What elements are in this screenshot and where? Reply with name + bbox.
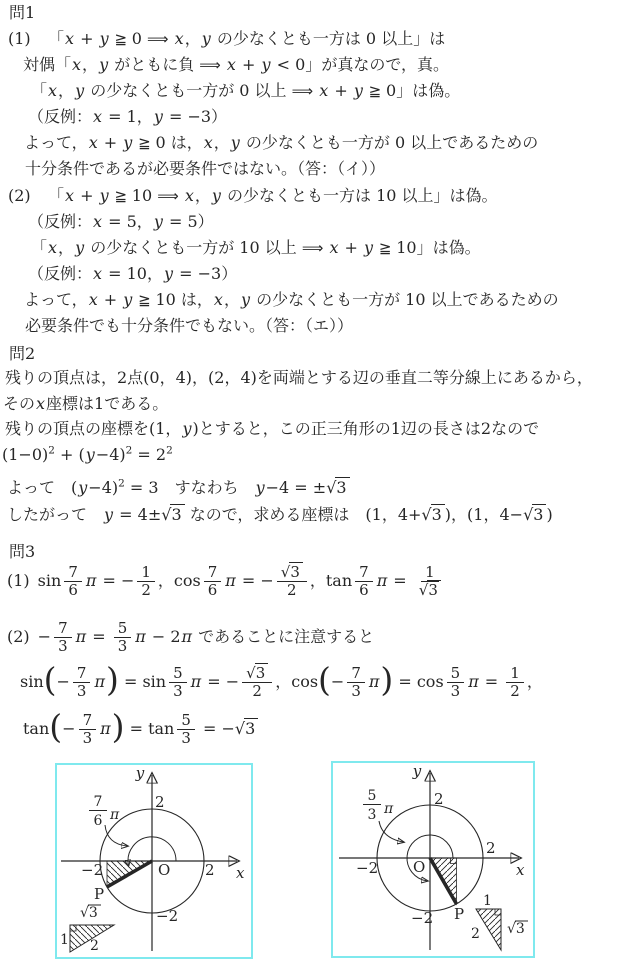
math-token: sin — [20, 672, 44, 691]
tick-label-bottom: −2 — [156, 907, 178, 925]
math-token: ⟹ — [302, 239, 324, 257]
q1-conclusion-2b: 必要条件でも十分条件でもない。（答：（エ）） — [25, 316, 353, 337]
q1-heading: 問1 — [9, 3, 35, 24]
math-token: よって， — [24, 290, 88, 309]
math-token: ， — [527, 672, 543, 691]
math-token: 6 — [64, 582, 82, 599]
math-token: √ — [421, 505, 430, 524]
math-token: x — [318, 81, 329, 100]
math-token: y — [77, 478, 88, 497]
math-token: 2 — [252, 682, 262, 700]
math-token: 0 — [132, 29, 147, 48]
math-token: x — [213, 290, 224, 309]
math-token: + — [339, 238, 363, 257]
math-token: x — [88, 133, 99, 152]
math-token: 3 — [54, 638, 72, 655]
math-token: 十分条件であるが必要条件ではない。（答：（イ）） — [25, 159, 385, 178]
math-token: 10」は偽。 — [396, 238, 480, 257]
math-token: π — [181, 627, 194, 646]
math-token: ， — [224, 290, 240, 309]
math-token: ≧ — [374, 239, 396, 257]
math-token: 「 — [31, 238, 47, 257]
math-token: 3 — [177, 730, 195, 747]
math-token: 3 — [451, 682, 461, 700]
math-token: 76 — [355, 564, 373, 599]
math-token: sin — [38, 571, 62, 590]
math-token: x — [47, 81, 58, 100]
math-token: y — [74, 81, 85, 100]
math-token: x — [92, 264, 103, 283]
math-token: √3 — [277, 564, 307, 582]
math-token: y — [261, 55, 272, 74]
math-token: ) — [112, 707, 125, 746]
math-token: その — [3, 394, 35, 413]
math-token: y — [99, 29, 110, 48]
math-token: 7 — [73, 665, 91, 683]
math-token: = — [480, 672, 504, 691]
y-axis-label: y — [412, 763, 422, 780]
math-token: 2 — [137, 582, 155, 599]
math-token: − 2 — [147, 627, 181, 646]
math-token: ， — [214, 133, 230, 152]
math-token: 3 — [428, 581, 438, 599]
math-token: π — [93, 672, 106, 691]
angle-fraction-denominator: 3 — [368, 807, 377, 823]
math-token: 3 — [255, 663, 269, 682]
math-token: 7 — [208, 563, 218, 581]
q2-answer: したがって y = 4±√3 なので，求める座標は (1，4+√3)，(1，4−… — [7, 505, 553, 526]
math-solution-document: 問1 (1)「x + y ≧ 0 ⟹ x，y の少なくとも一方は 0 以上」は … — [0, 0, 624, 980]
math-token: √32 — [242, 665, 272, 700]
math-token: 3 — [58, 637, 68, 655]
angle-label-leader — [379, 821, 403, 842]
tick-label-right: 2 — [205, 861, 215, 879]
math-token: ，tan — [310, 571, 352, 590]
tick-label-top: 2 — [155, 793, 165, 811]
math-token: = — [388, 571, 412, 590]
math-token: 残りの頂点は，2点(0，4)，(2，4)を両端とする辺の垂直二等分線上にあるから… — [5, 368, 593, 387]
math-token: y — [240, 290, 251, 309]
math-token: 3 — [336, 478, 346, 497]
math-token: −4) — [88, 478, 118, 497]
math-token: y — [85, 445, 96, 464]
math-token: 問3 — [9, 542, 35, 561]
tri-side-sqrt3-label: √3 — [507, 921, 525, 937]
math-token: = 5， — [103, 212, 153, 231]
math-token: (1) — [7, 572, 30, 590]
math-token: 3 — [532, 504, 546, 524]
math-token: ≧ — [133, 134, 155, 152]
math-token: y — [122, 290, 133, 309]
math-token: √3 — [161, 505, 184, 526]
math-token: 2 — [48, 445, 55, 457]
math-token: ， — [195, 186, 211, 205]
math-token: + — [99, 133, 123, 152]
math-token: π — [467, 672, 480, 691]
math-token: = − — [198, 719, 235, 738]
math-token: = − — [202, 672, 239, 691]
math-token: y — [153, 107, 164, 126]
math-token: 7 — [58, 619, 68, 637]
math-token: + — [75, 29, 99, 48]
math-token: ⟹ — [292, 82, 314, 100]
math-token: y — [98, 55, 109, 74]
math-token: （反例： — [28, 107, 92, 126]
math-token: ，cos — [158, 571, 201, 590]
math-token: = −3） — [164, 107, 227, 126]
math-token: x — [64, 29, 75, 48]
x-axis-label: x — [516, 861, 525, 879]
math-token: 7 — [359, 563, 369, 581]
math-token: 座標は1である。 — [46, 394, 168, 413]
math-token: ≧ — [110, 30, 132, 48]
math-token: y — [163, 264, 174, 283]
math-token: ) — [380, 660, 393, 699]
math-token: = 1， — [103, 107, 153, 126]
math-token: y — [211, 186, 222, 205]
math-token: 7 — [347, 665, 365, 683]
math-token: 3 — [432, 505, 442, 524]
q2-heading: 問2 — [9, 344, 35, 365]
math-token: = tan — [125, 719, 175, 738]
unit-circle-figure-7-6-pi: y x 2 −2 2 −2 O P 7 6 π √3 1 2 — [55, 763, 253, 959]
math-token: ⟹ — [199, 56, 221, 74]
math-token: y — [353, 81, 364, 100]
math-token: y — [103, 505, 114, 524]
math-token: √ — [246, 664, 255, 682]
math-token: 6 — [359, 581, 369, 599]
math-token: 1√3 — [415, 564, 445, 599]
q1-counterexample-1: （反例：x = 1，y = −3） — [28, 107, 227, 128]
math-token: 必要条件でも十分条件でもない。（答：（エ）） — [25, 316, 353, 335]
math-token: 3 — [245, 719, 255, 738]
math-token: + — [75, 186, 99, 205]
math-token: = 10， — [103, 264, 163, 283]
math-token: y — [181, 419, 192, 438]
math-token: √ — [235, 719, 244, 738]
math-token: − — [38, 627, 51, 646]
math-token: = − — [237, 571, 274, 590]
math-token: √3 — [235, 720, 258, 738]
math-token: ≧ — [133, 291, 155, 309]
math-token: − — [62, 719, 75, 738]
math-token: 3 — [533, 505, 543, 524]
math-token: 5 — [451, 664, 461, 682]
q1-converse: 「x，y の少なくとも一方が 0 以上 ⟹ x + y ≧ 0」は偽。 — [31, 81, 460, 102]
math-token: 12 — [137, 564, 155, 599]
math-token: 3 — [173, 682, 183, 700]
math-token: 5 — [169, 665, 187, 683]
math-token: 5 — [181, 711, 191, 729]
q3-heading: 問3 — [9, 542, 35, 563]
math-token: 5 — [118, 619, 128, 637]
math-token: 対偶「 — [23, 55, 71, 74]
math-token: （反例： — [28, 212, 92, 231]
math-token: がともに負 — [109, 55, 199, 74]
tri-hypotenuse-label: 2 — [471, 926, 480, 942]
math-token: ， — [58, 238, 74, 257]
math-token: )とすると，この正三角形の1辺の長さは2なので — [192, 419, 539, 438]
math-token: 3 — [118, 637, 128, 655]
tri-side-1-label: 1 — [60, 932, 69, 948]
math-token: 7 — [79, 712, 97, 730]
math-token: 2 — [166, 445, 173, 457]
tick-label-top: 2 — [434, 790, 444, 808]
angle-fraction-numerator: 7 — [94, 794, 103, 810]
origin-label: O — [413, 858, 425, 876]
math-token: 「 — [48, 29, 64, 48]
math-token: 1 — [137, 564, 155, 582]
math-token: π — [368, 672, 381, 691]
math-token: 6 — [208, 581, 218, 599]
angle-fraction-numerator: 5 — [368, 788, 377, 804]
angle-label-leader — [105, 825, 127, 846]
math-token: = −3） — [174, 264, 237, 283]
math-token: π — [376, 571, 389, 590]
math-token: x — [88, 290, 99, 309]
math-token: 3 — [447, 683, 465, 700]
math-token: (2) — [7, 628, 30, 646]
math-token: 76 — [64, 564, 82, 599]
math-token: 3 — [351, 682, 361, 700]
math-token: の少なくとも一方は 0 以上」は — [212, 29, 445, 48]
q2-equation: (1−0)2 + (y−4)2 = 22 — [2, 445, 173, 466]
math-token: 3 — [290, 563, 300, 581]
math-token: 残りの頂点の座標を(1， — [5, 419, 181, 438]
math-token: 2 — [118, 478, 125, 490]
math-token: y — [122, 133, 133, 152]
math-token: 3 — [171, 505, 181, 524]
math-token: 73 — [79, 712, 97, 747]
tri-hypotenuse-label: 2 — [90, 938, 99, 953]
q1-converse-2: 「x，y の少なくとも一方が 10 以上 ⟹ x + y ≧ 10」は偽。 — [31, 238, 481, 259]
math-token: 3 — [114, 638, 132, 655]
y-axis-label: y — [135, 765, 145, 782]
math-token: < 0」が真なので，真。 — [272, 55, 449, 74]
math-token: 1 — [141, 563, 151, 581]
math-token: x — [64, 186, 75, 205]
math-token: 10 — [132, 186, 157, 205]
left-unit-circle-svg: y x 2 −2 2 −2 O P 7 6 π √3 1 2 — [57, 765, 247, 953]
math-token: 3 — [181, 729, 191, 747]
math-token: 2 — [248, 683, 266, 700]
math-token: の少なくとも一方が 0 以上であるための — [241, 133, 538, 152]
math-token: + — [237, 55, 261, 74]
right-unit-circle-svg: y x 2 −2 2 −2 O P 5 3 π 1 2 √3 — [333, 763, 529, 952]
math-token: 76 — [204, 564, 222, 599]
math-token: ≧ — [364, 82, 386, 100]
math-token: √3 — [523, 505, 546, 526]
math-token: x — [184, 186, 195, 205]
q1-conclusion-1a: よって，x + y ≧ 0 は，x，y の少なくとも一方が 0 以上であるための — [24, 133, 538, 154]
math-token: の少なくとも一方が 10 以上 — [85, 238, 302, 257]
math-token: √3 — [419, 582, 441, 599]
math-token: であることに注意すると — [193, 627, 374, 646]
tick-label-bottom: −2 — [411, 909, 433, 927]
math-token: 5 — [177, 712, 195, 730]
math-token: 12 — [506, 665, 524, 700]
math-token: の少なくとも一方が 10 以上であるための — [251, 290, 559, 309]
math-token: 5 — [173, 664, 183, 682]
angle-pi-label: π — [109, 807, 120, 823]
math-token: π — [99, 719, 112, 738]
math-token: ( — [49, 707, 62, 746]
math-token: ⟹ — [157, 187, 179, 205]
math-token: 2 — [141, 581, 151, 599]
math-token: 2 — [283, 582, 301, 599]
math-token — [169, 29, 174, 48]
math-token: 3 — [335, 477, 349, 497]
math-token: √32 — [277, 564, 307, 599]
math-token: 7 — [68, 563, 78, 581]
math-token: 53 — [447, 665, 465, 700]
math-token: ， — [58, 81, 74, 100]
angle-fraction-denominator: 6 — [94, 813, 103, 829]
math-token: ，cos — [275, 672, 318, 691]
math-token: x — [92, 212, 103, 231]
math-token: 問2 — [9, 344, 35, 363]
math-token: 3 — [431, 504, 445, 524]
math-token: ) — [106, 660, 119, 699]
math-token: 1 — [506, 665, 524, 683]
q2-reasoning-2: そのx座標は1である。 — [3, 394, 168, 415]
math-token: π — [134, 627, 147, 646]
math-token: 73 — [54, 620, 72, 655]
q3-item2-note: (2)−73π = 53π − 2π であることに注意すると — [7, 620, 374, 655]
math-token: = 3 すなわち — [125, 478, 255, 497]
math-token: 「 — [31, 81, 47, 100]
math-token: の少なくとも一方が 0 以上 — [85, 81, 292, 100]
tri-side-1-label: 1 — [483, 893, 492, 909]
tick-label-right: 2 — [486, 839, 496, 857]
math-token: 53 — [114, 620, 132, 655]
math-token: = − — [97, 571, 134, 590]
math-token: x — [47, 238, 58, 257]
math-token: の少なくとも一方は 10 以上」は偽。 — [222, 186, 498, 205]
math-token: 6 — [355, 582, 373, 599]
math-token: 3 — [347, 683, 365, 700]
math-token: = — [87, 627, 111, 646]
math-token: (1−0) — [2, 445, 48, 464]
math-token: )，(1，4− — [445, 505, 523, 524]
unit-circle-figure-5-3-pi: y x 2 −2 2 −2 O P 5 3 π 1 2 √3 — [331, 761, 535, 958]
math-token: = cos — [393, 672, 443, 691]
math-token: したがって — [7, 505, 103, 524]
q1-item2-statement: (2)「x + y ≧ 10 ⟹ x，y の少なくとも一方は 10 以上」は偽。 — [8, 186, 498, 207]
math-token: 7 — [351, 664, 361, 682]
math-token: ≧ — [110, 187, 132, 205]
math-token: √3 — [326, 478, 349, 499]
math-token: = 5） — [164, 212, 214, 231]
math-token: √3 — [415, 582, 445, 599]
math-token: √3 — [242, 665, 272, 683]
math-token: π — [85, 571, 98, 590]
math-token: 「 — [48, 186, 64, 205]
math-token: ) — [546, 505, 552, 524]
math-token: x — [174, 29, 185, 48]
point-p-label: P — [454, 905, 464, 923]
math-token: 3 — [427, 580, 441, 599]
math-token: tan — [23, 719, 49, 738]
angle-pi-label: π — [383, 801, 394, 817]
math-token: = 4± — [114, 505, 161, 524]
math-token: √ — [523, 505, 532, 524]
math-token: 問1 — [9, 3, 35, 22]
math-token: x — [92, 107, 103, 126]
math-token: y — [74, 238, 85, 257]
math-token: 3 — [169, 683, 187, 700]
q1-counterexample-3: （反例：x = 10，y = −3） — [28, 264, 237, 285]
math-token: − — [331, 672, 344, 691]
q3-item1-values: (1)sin76π = −12，cos76π = −√32，tan76π = 1… — [7, 564, 448, 599]
math-token: −4) — [96, 445, 126, 464]
math-token: 2 — [506, 683, 524, 700]
q1-contrapositive: 対偶「x，y がともに負 ⟹ x + y < 0」が真なので，真。 — [23, 55, 449, 76]
math-token: π — [75, 627, 88, 646]
math-token: ( — [44, 660, 57, 699]
math-token: √3 — [421, 505, 444, 526]
math-token: ， — [82, 55, 98, 74]
math-token: y — [99, 186, 110, 205]
math-token: x — [203, 133, 214, 152]
math-token: y — [255, 478, 266, 497]
math-token: 7 — [355, 564, 373, 582]
math-token: + — [329, 81, 353, 100]
math-token: 6 — [204, 582, 222, 599]
q1-counterexample-2: （反例：x = 5，y = 5） — [28, 212, 214, 233]
math-token: 6 — [68, 581, 78, 599]
math-token: ， — [185, 29, 201, 48]
math-token: x — [35, 394, 46, 413]
q3-item2-sin-cos: sin(−73π) = sin53π = −√32，cos(−73π) = co… — [20, 665, 543, 700]
math-token: 73 — [347, 665, 365, 700]
math-token: よって ( — [7, 478, 77, 497]
math-token: y — [230, 133, 241, 152]
math-token: π — [190, 672, 203, 691]
q2-reasoning-1: 残りの頂点は，2点(0，4)，(2，4)を両端とする辺の垂直二等分線上にあるから… — [5, 368, 593, 389]
math-token: y — [153, 212, 164, 231]
tick-label-left: −2 — [356, 859, 378, 877]
math-token: 53 — [177, 712, 195, 747]
math-token: −4 = ± — [266, 478, 327, 497]
math-token: = sin — [119, 672, 166, 691]
math-token: 7 — [77, 664, 87, 682]
tri-side-sqrt3-label: √3 — [80, 905, 98, 921]
q1-conclusion-1b: 十分条件であるが必要条件ではない。（答：（イ）） — [25, 159, 385, 180]
math-token: 3 — [244, 718, 258, 738]
math-token: 7 — [83, 711, 93, 729]
math-token: 3 — [83, 729, 93, 747]
math-token: y — [201, 29, 212, 48]
math-token: 3 — [79, 730, 97, 747]
math-token: 10 は， — [155, 290, 212, 309]
math-token: = 2 — [132, 445, 166, 464]
math-token: 5 — [447, 665, 465, 683]
math-token: − — [57, 672, 70, 691]
math-token: √3 — [246, 665, 268, 682]
math-token: + — [99, 290, 123, 309]
math-token: ( — [318, 660, 331, 699]
math-token: 3 — [73, 683, 91, 700]
q2-solve-step: よって (y−4)2 = 3 すなわち y−4 = ±√3 — [7, 478, 350, 499]
math-token: x — [328, 238, 339, 257]
math-token: + ( — [55, 445, 85, 464]
math-token: 1 — [510, 664, 520, 682]
math-token: 53 — [169, 665, 187, 700]
math-token: 2 — [510, 682, 520, 700]
math-token: 7 — [204, 564, 222, 582]
q1-conclusion-2a: よって，x + y ≧ 10 は，x，y の少なくとも一方が 10 以上であるた… — [24, 290, 559, 311]
